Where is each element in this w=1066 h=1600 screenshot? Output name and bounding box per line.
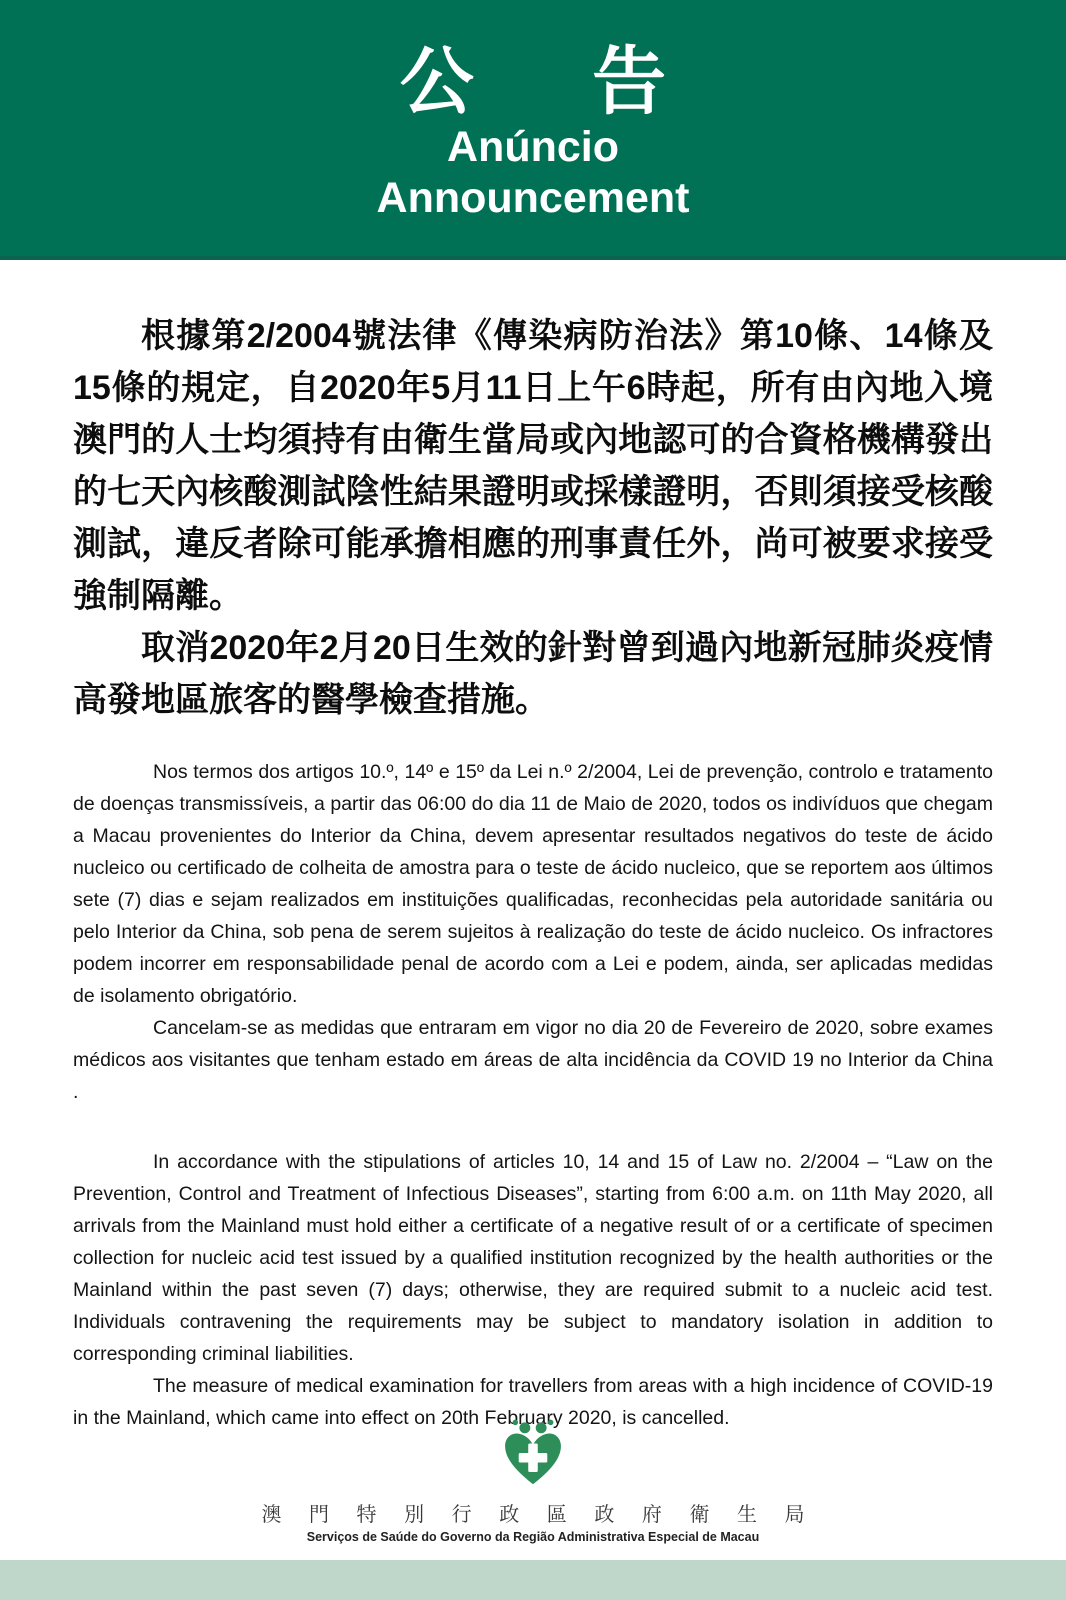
page-title-chinese: 公 告: [400, 45, 689, 119]
chinese-paragraph-2: 取消2020年2月20日生效的針對曾到過內地新冠肺炎疫情高發地區旅客的醫學檢查措…: [73, 622, 993, 726]
announcement-page: 公 告 Anúncio Announcement 根據第2/2004號法律《傳染…: [0, 0, 1066, 1600]
announcement-content: 根據第2/2004號法律《傳染病防治法》第10條、14條及15條的規定，自202…: [0, 310, 1066, 1434]
section-portuguese: Nos termos dos artigos 10.º, 14º e 15º d…: [73, 756, 993, 1108]
header-banner: 公 告 Anúncio Announcement: [0, 0, 1066, 260]
chinese-paragraph-1: 根據第2/2004號法律《傳染病防治法》第10條、14條及15條的規定，自202…: [73, 310, 993, 622]
agency-name-chinese: 澳 門 特 別 行 政 區 政 府 衛 生 局: [11, 1498, 1066, 1527]
section-chinese: 根據第2/2004號法律《傳染病防治法》第10條、14條及15條的規定，自202…: [73, 310, 993, 726]
agency-name-portuguese: Serviços de Saúde do Governo da Região A…: [0, 1530, 1066, 1544]
section-english: In accordance with the stipulations of a…: [73, 1146, 993, 1434]
agency-footer: 澳 門 特 別 行 政 區 政 府 衛 生 局 Serviços de Saúd…: [0, 1417, 1066, 1544]
page-title-portuguese: Anúncio: [447, 125, 619, 170]
page-title-english: Announcement: [377, 176, 690, 221]
portuguese-paragraph-1: Nos termos dos artigos 10.º, 14º e 15º d…: [73, 756, 993, 1012]
health-bureau-logo-icon: [499, 1417, 567, 1489]
english-paragraph-1: In accordance with the stipulations of a…: [73, 1146, 993, 1370]
footer-color-bar: [0, 1560, 1066, 1600]
portuguese-paragraph-2: Cancelam-se as medidas que entraram em v…: [73, 1012, 993, 1108]
